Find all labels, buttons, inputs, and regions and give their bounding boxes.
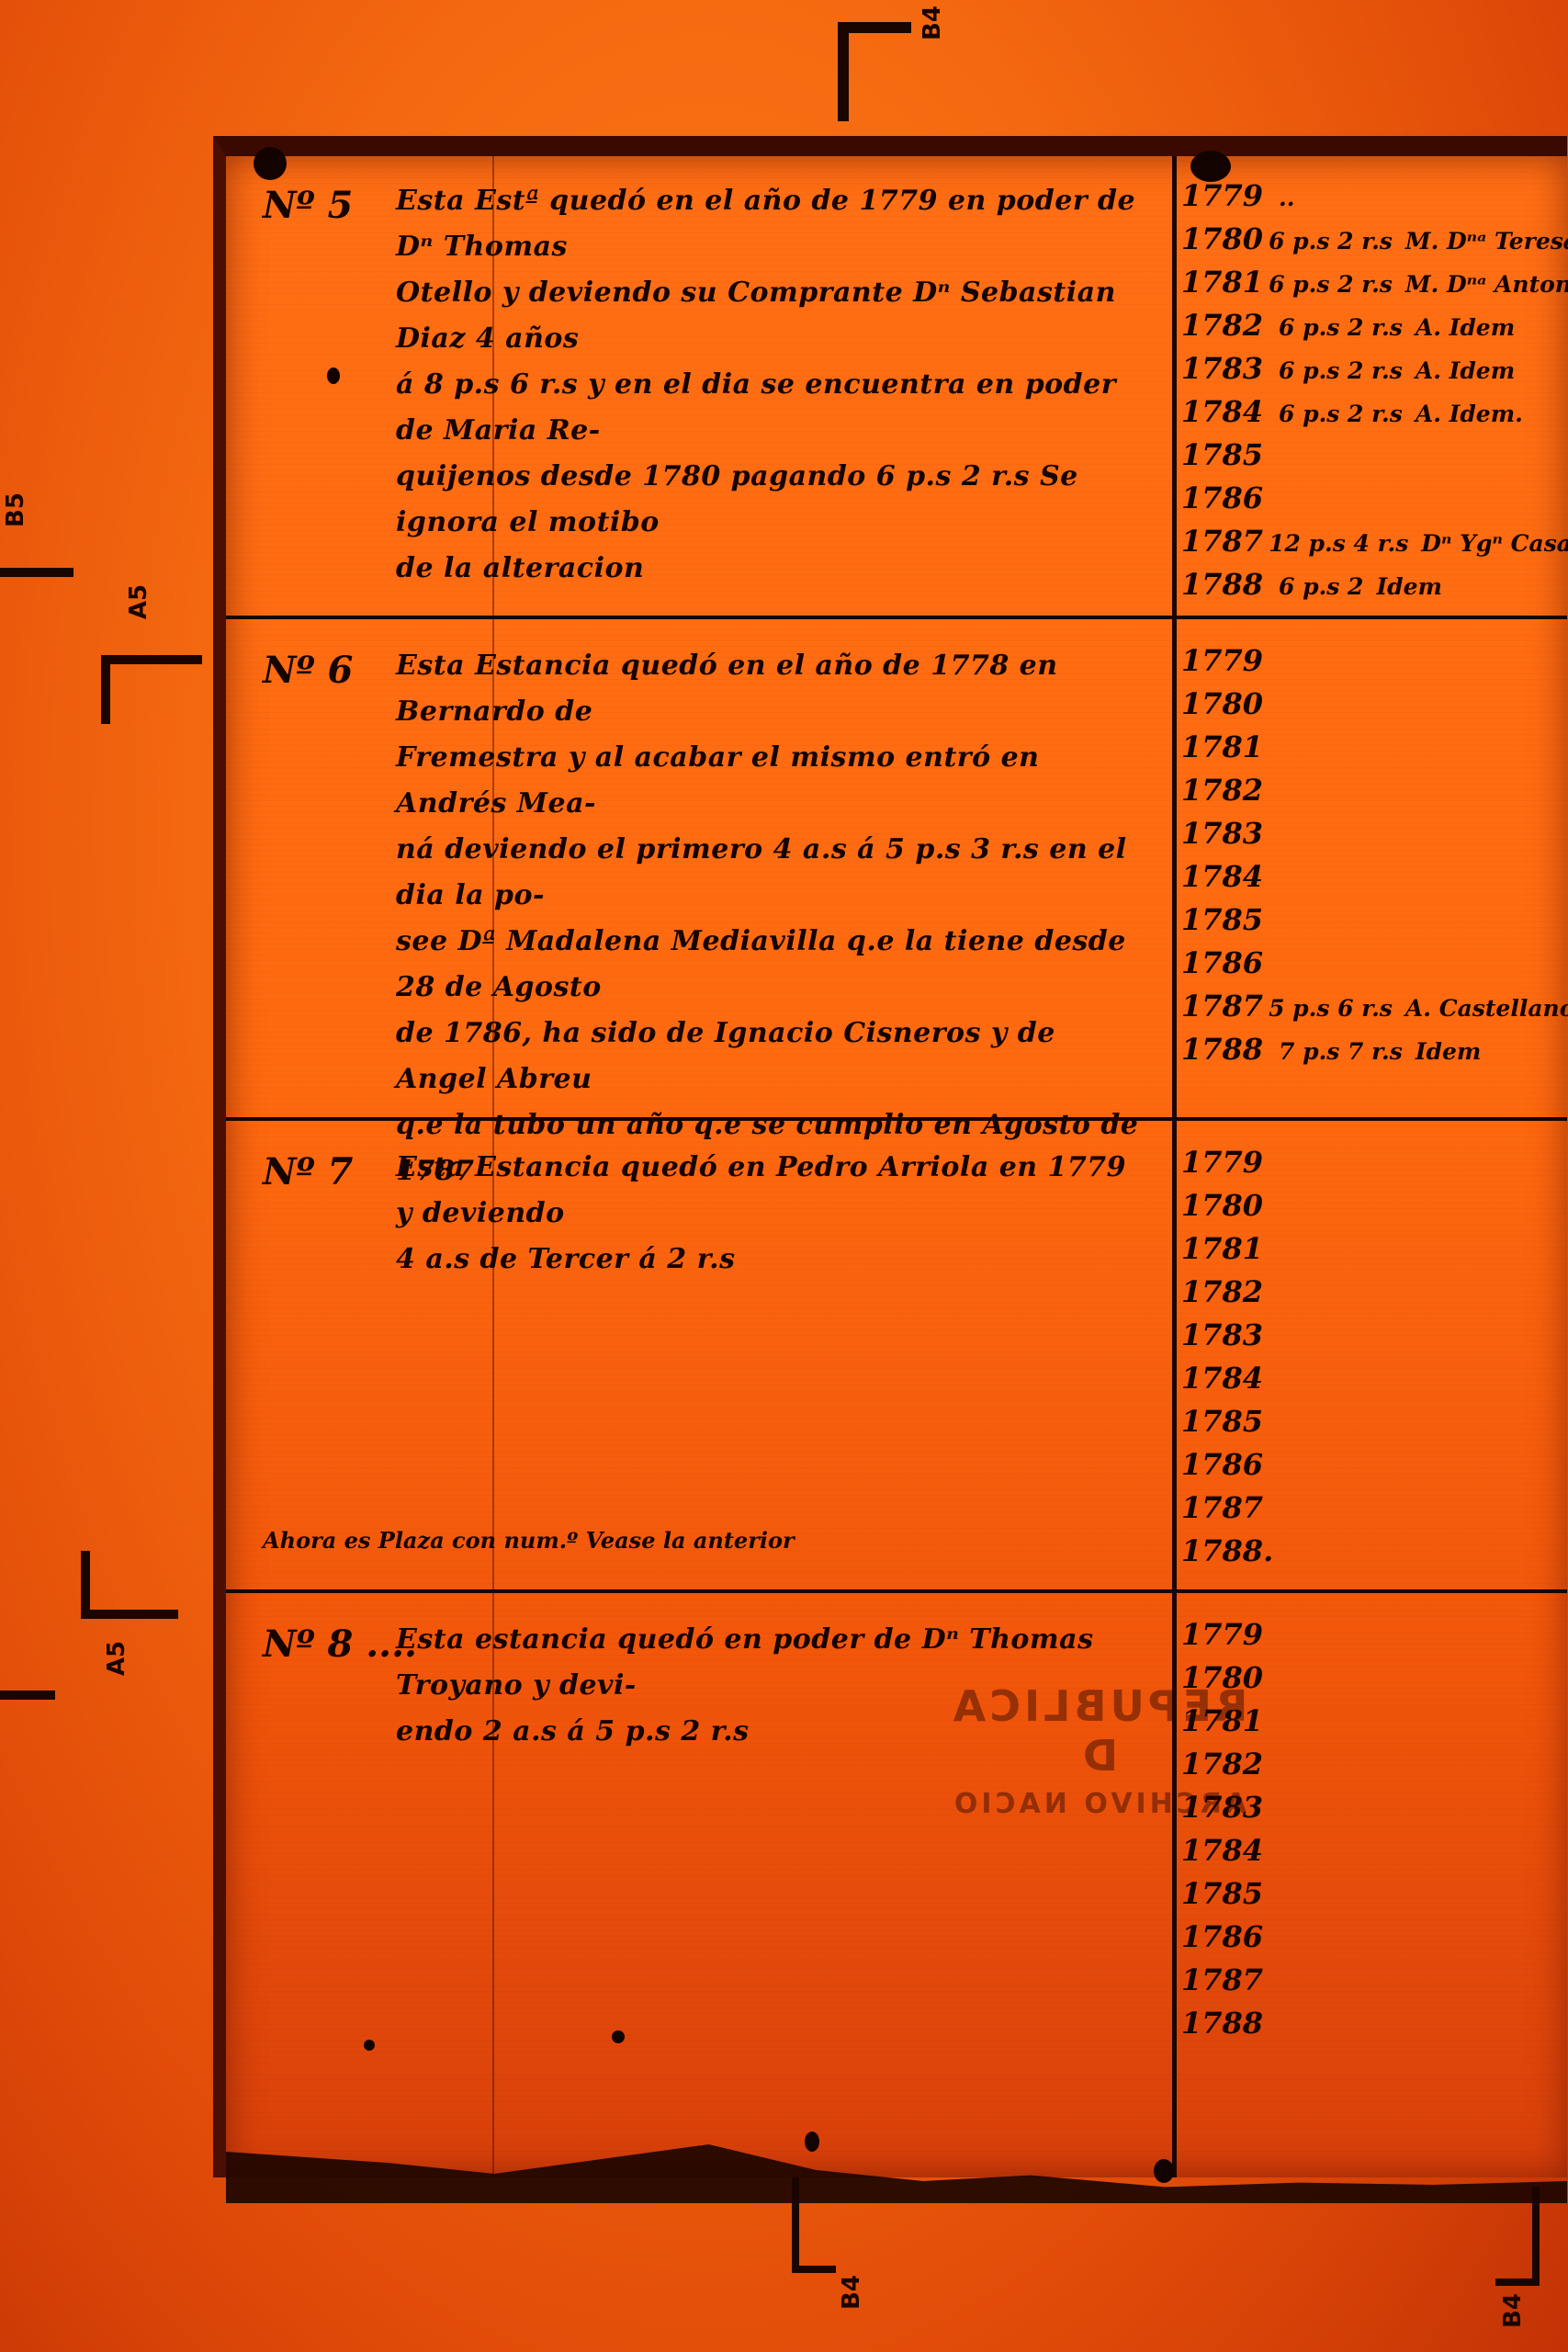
ledger-row: 17806 p.s 2 r.sM. Dⁿᵃ Teresa: [1181, 221, 1549, 265]
entry-number: Nº 8 ....: [263, 1623, 417, 1666]
ledger-row: 17816 p.s 2 r.sM. Dⁿᵃ Antonia: [1181, 265, 1549, 308]
ledger-row: 17875 p.s 6 r.sA. Castellanos: [1181, 989, 1549, 1032]
entry-number: Nº 7: [263, 1150, 353, 1193]
entry-divider: [226, 616, 1567, 619]
ink-blot: [805, 2131, 819, 2152]
ledger-row: 1784: [1181, 1361, 1549, 1404]
ledger-row: 1788: [1181, 2006, 1549, 2049]
ledger-row: 1785: [1181, 1404, 1549, 1447]
entry-margin-note: Ahora es Plaza con num.º Vease la anteri…: [263, 1527, 795, 1554]
ledger-row: 1786: [1181, 1447, 1549, 1490]
ledger-entry-7: Nº 7 Esta Estancia quedó en Pedro Arriol…: [226, 1123, 1567, 1582]
torn-page-edge: [226, 2130, 1567, 2203]
ledger-row: 1786: [1181, 481, 1549, 524]
archive-stamp-bleedthrough: REPUBLICA D ARCHIVO NACIO: [924, 1681, 1273, 1820]
ledger-row: 1785: [1181, 1876, 1549, 1919]
ledger-row: 1784: [1181, 1833, 1549, 1876]
entry-description: Esta Estancia quedó en Pedro Arriola en …: [396, 1145, 1149, 1283]
ledger-page: Nº 5 Esta Estª quedó en el año de 1779 e…: [213, 136, 1567, 2177]
crop-label-left-a5-lower: A5: [103, 1641, 130, 1676]
ledger-row: 1788.: [1181, 1533, 1549, 1577]
ledger-row: 17826 p.s 2 r.sA. Idem: [1181, 308, 1549, 351]
crop-label-top: B4: [919, 6, 946, 40]
ink-blot: [364, 2040, 375, 2051]
ledger-row: 1783: [1181, 1317, 1549, 1361]
ledger-row: 1785: [1181, 902, 1549, 945]
ledger-row: 1779..: [1181, 178, 1549, 221]
entry-divider: [226, 1117, 1567, 1121]
ledger-row: 17836 p.s 2 r.sA. Idem: [1181, 351, 1549, 394]
entry-description: Esta Estancia quedó en el año de 1778 en…: [396, 643, 1149, 1194]
ledger-row: 17887 p.s 7 r.sIdem: [1181, 1032, 1549, 1075]
entry-ledger: 1779 1780 1781 1782 1783 1784 1785 1786 …: [1181, 1145, 1549, 1577]
ledger-entry-8: Nº 8 .... Esta estancia quedó en poder d…: [226, 1595, 1567, 2109]
crop-mark-left-a5-upper: [101, 655, 202, 724]
ledger-entry-5: Nº 5 Esta Estª quedó en el año de 1779 e…: [226, 156, 1567, 616]
ledger-row: 1780: [1181, 1188, 1549, 1231]
ledger-row: 1787: [1181, 1490, 1549, 1533]
ledger-row: 1786: [1181, 1919, 1549, 1962]
ledger-row: 1782: [1181, 1274, 1549, 1317]
crop-label-bottom-left: B4: [838, 2275, 865, 2310]
crop-label-left-a5-upper: A5: [125, 584, 152, 619]
ledger-entry-6: Nº 6 Esta Estancia quedó en el año de 17…: [226, 621, 1567, 1117]
crop-mark-left-lower-dash: [0, 1690, 55, 1700]
entry-divider: [226, 1589, 1567, 1593]
ledger-row: 1786: [1181, 945, 1549, 989]
ledger-row: 1782: [1181, 773, 1549, 816]
ledger-row: 1781: [1181, 1231, 1549, 1274]
ink-blot: [327, 367, 340, 384]
crop-label-left-b5: B5: [2, 492, 29, 527]
entry-description: Esta Estª quedó en el año de 1779 en pod…: [396, 178, 1149, 592]
ledger-row: 1781: [1181, 729, 1549, 773]
ink-blot: [1154, 2159, 1174, 2183]
crop-mark-left-a5-lower: [81, 1551, 178, 1619]
crop-label-bottom-right: B4: [1499, 2293, 1527, 2328]
ink-blot: [1190, 151, 1231, 182]
entry-ledger: 1779.. 17806 p.s 2 r.sM. Dⁿᵃ Teresa 1781…: [1181, 178, 1549, 610]
ledger-row: 1785: [1181, 437, 1549, 481]
crop-mark-top: [838, 22, 911, 121]
ledger-row: 1779: [1181, 1617, 1549, 1660]
ledger-row: 178712 p.s 4 r.sDⁿ Ygⁿ Casas: [1181, 524, 1549, 567]
entry-number: Nº 5: [263, 184, 353, 227]
ink-blot: [612, 2030, 625, 2043]
ledger-row: 17886 p.s 2Idem: [1181, 567, 1549, 610]
ink-blot: [254, 147, 287, 180]
ledger-row: 1783: [1181, 816, 1549, 859]
ledger-row: 17846 p.s 2 r.sA. Idem.: [1181, 394, 1549, 437]
entry-number: Nº 6: [263, 649, 353, 692]
ledger-row: 1779: [1181, 643, 1549, 686]
ledger-row: 1780: [1181, 686, 1549, 729]
crop-mark-left-b5: [0, 568, 73, 577]
ledger-row: 1779: [1181, 1145, 1549, 1188]
ledger-row: 1787: [1181, 1962, 1549, 2006]
entry-ledger: 1779 1780 1781 1782 1783 1784 1785 1786 …: [1181, 643, 1549, 1075]
ledger-row: 1784: [1181, 859, 1549, 902]
